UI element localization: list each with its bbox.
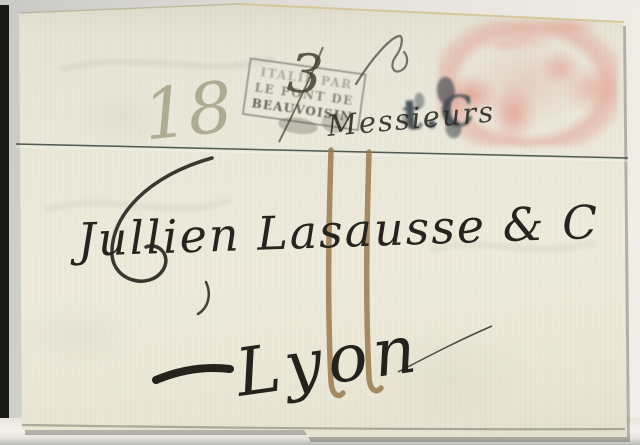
destination-text: Lyon (230, 310, 426, 412)
bottom-edge-shadow (22, 425, 625, 429)
paraph-squiggle (356, 36, 407, 84)
top-left-edge (20, 4, 238, 13)
top-flap-edge (238, 4, 624, 22)
fold-crease-highlight (16, 147, 628, 161)
lyon-lead-dash (156, 368, 230, 380)
fold-crease-line (16, 144, 628, 158)
rate-18-manuscript: 18 (139, 66, 236, 157)
rate-3-manuscript: 3 (285, 41, 326, 107)
address-comma-flourish (198, 282, 209, 314)
ink-markings-layer: 18 ITALIE PAR LE PONT DE BEAUVOISIN 3 t.… (0, 0, 640, 445)
letter-photograph: 18 ITALIE PAR LE PONT DE BEAUVOISIN 3 t.… (0, 0, 640, 445)
